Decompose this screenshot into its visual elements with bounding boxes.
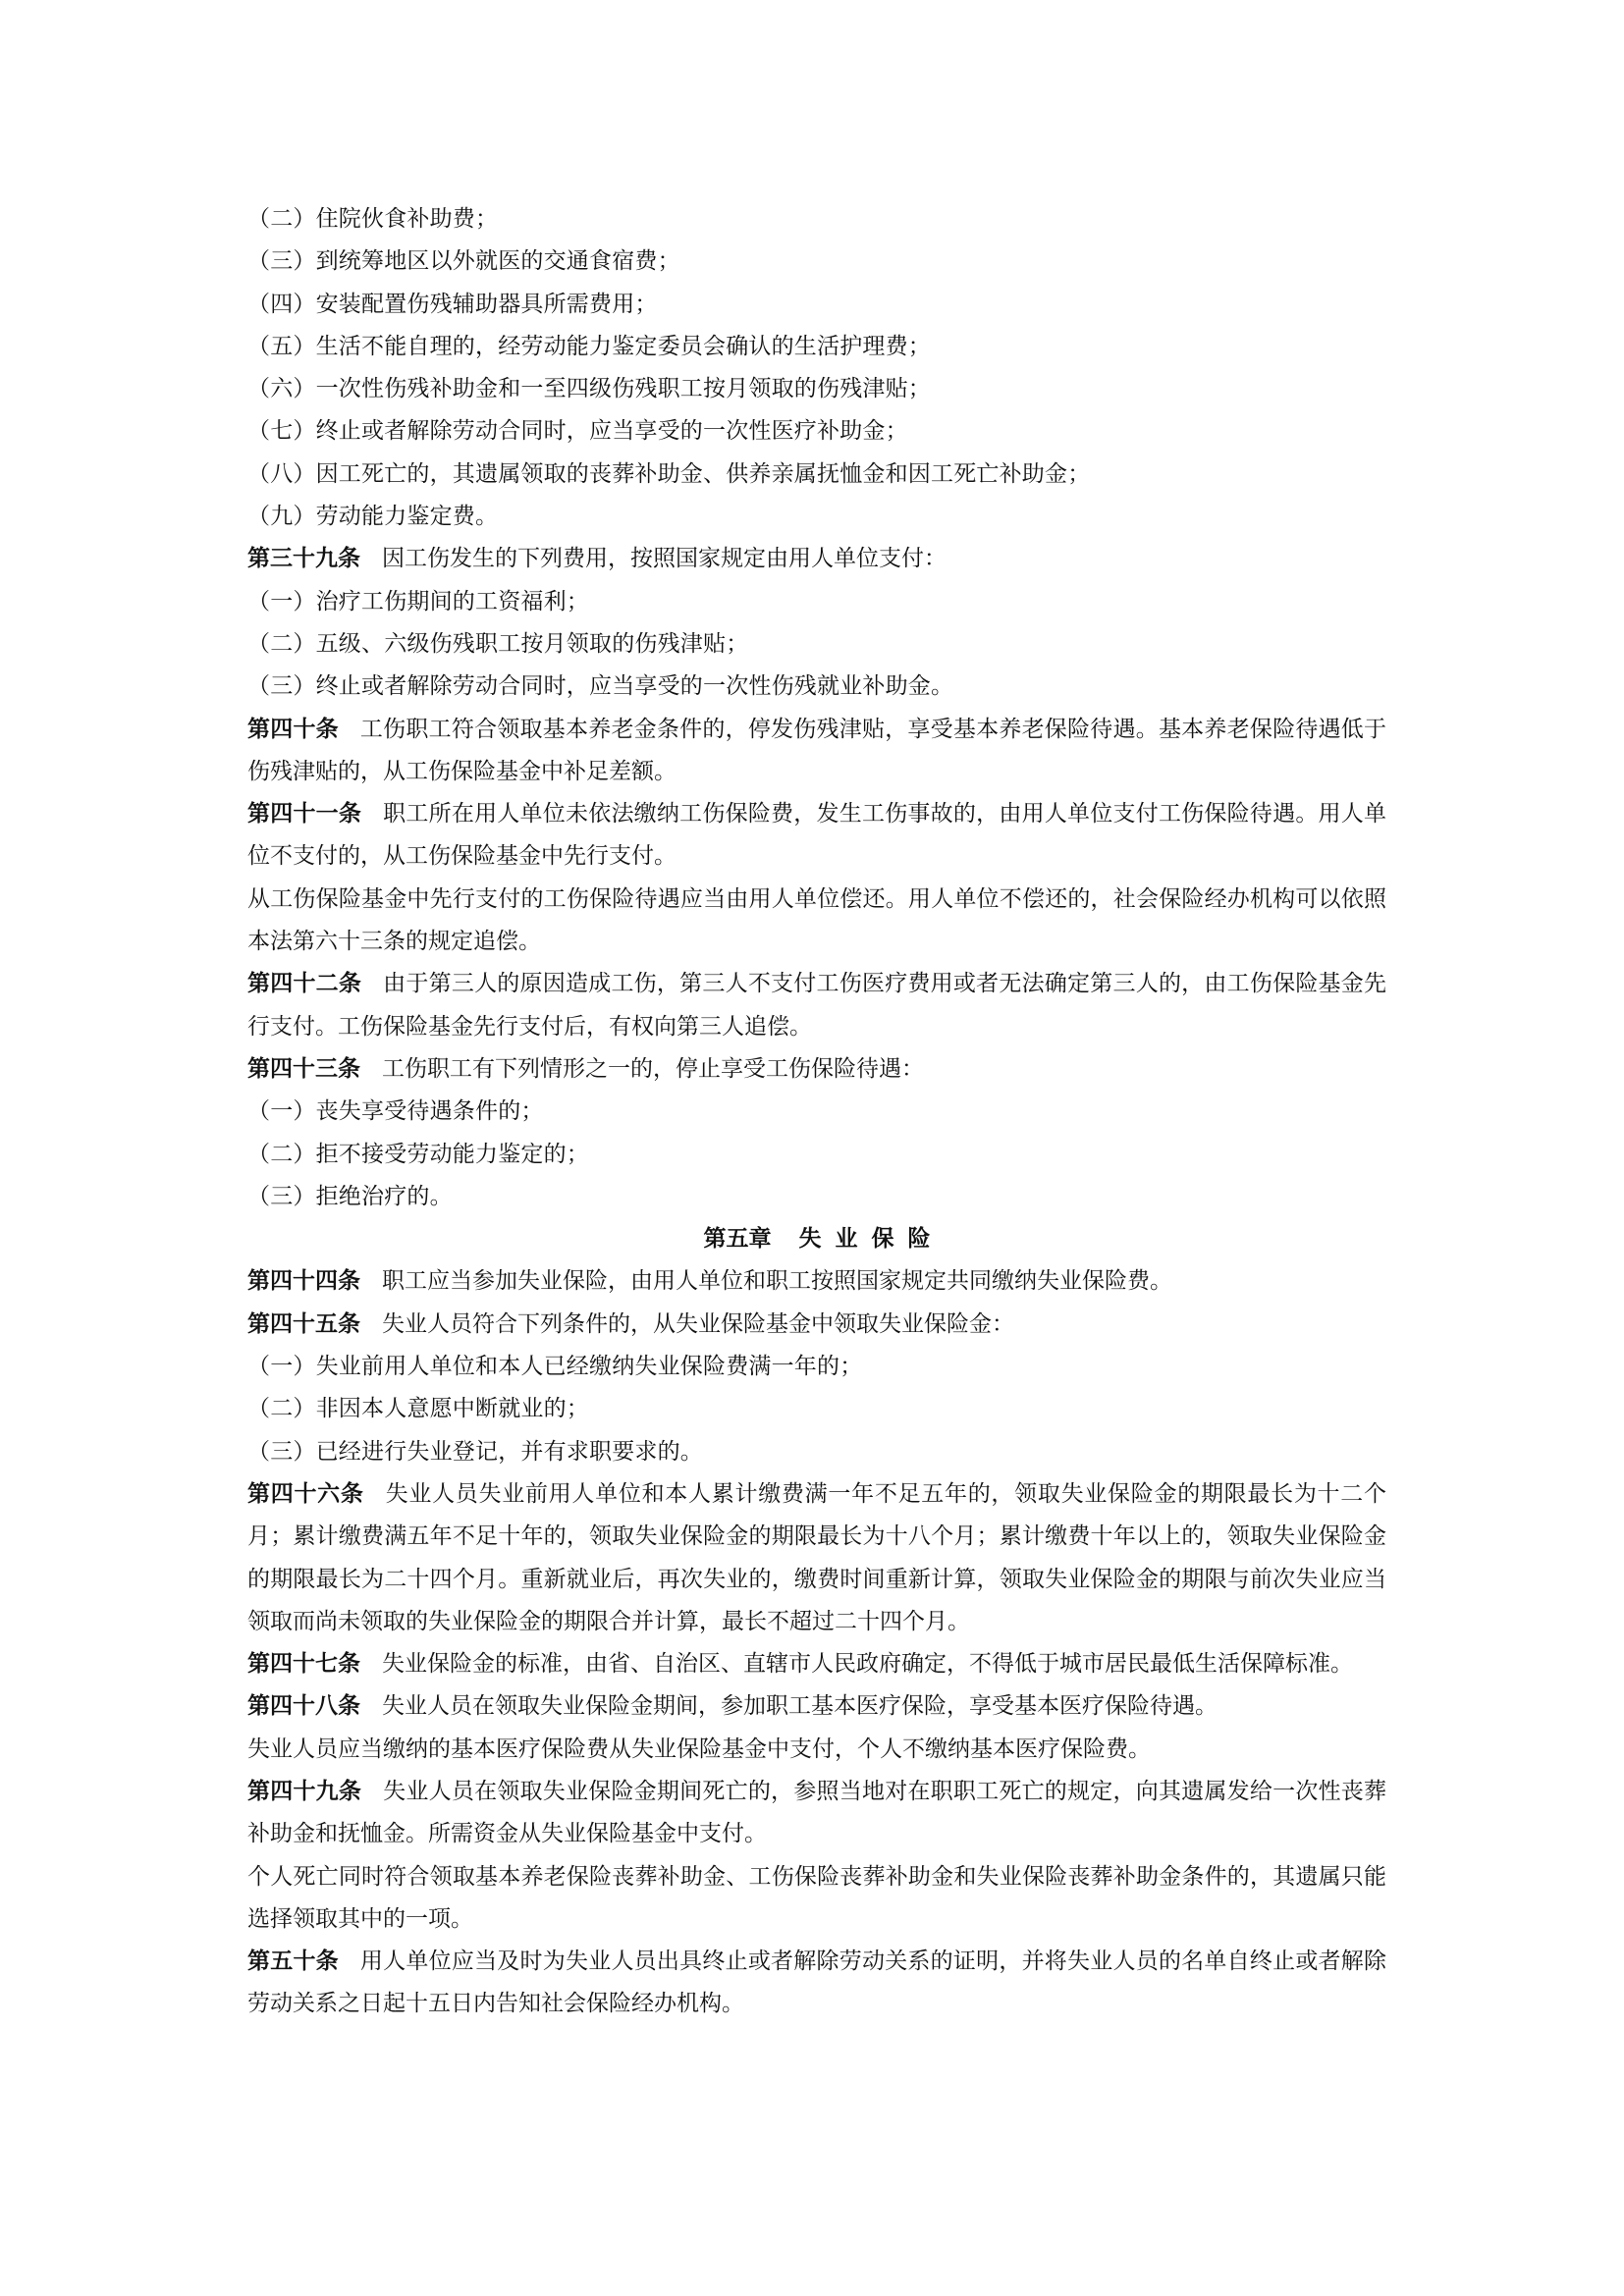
chapter-title-word: 保 [872, 1226, 894, 1252]
list-item: （一）治疗工伤期间的工资福利； [247, 581, 1386, 623]
article-41: 第四十一条职工所在用人单位未依法缴纳工伤保险费，发生工伤事故的，由用人单位支付工… [247, 793, 1386, 879]
article-label: 第四十六条 [247, 1481, 364, 1507]
document-page: （二）住院伙食补助费； （三）到统筹地区以外就医的交通食宿费； （四）安装配置伤… [247, 198, 1386, 2026]
article-label: 第四十二条 [247, 971, 361, 996]
article-text: 职工所在用人单位未依法缴纳工伤保险费，发生工伤事故的，由用人单位支付工伤保险待遇… [247, 801, 1386, 869]
article-label: 第三十九条 [247, 546, 360, 571]
list-item: （三）已经进行失业登记，并有求职要求的。 [247, 1431, 1386, 1473]
article-label: 第四十四条 [247, 1268, 360, 1294]
article-text: 失业人员在领取失业保险金期间死亡的，参照当地对在职职工死亡的规定，向其遗属发给一… [247, 1779, 1386, 1846]
article-label: 第四十三条 [247, 1056, 360, 1082]
article-46: 第四十六条失业人员失业前用人单位和本人累计缴费满一年不足五年的，领取失业保险金的… [247, 1473, 1386, 1643]
list-item: （三）到统筹地区以外就医的交通食宿费； [247, 240, 1386, 283]
article-text: 失业人员失业前用人单位和本人累计缴费满一年不足五年的，领取失业保险金的期限最长为… [247, 1481, 1386, 1634]
article-text: 失业保险金的标准，由省、自治区、直辖市人民政府确定，不得低于城市居民最低生活保障… [382, 1651, 1353, 1677]
article-49: 第四十九条失业人员在领取失业保险金期间死亡的，参照当地对在职职工死亡的规定，向其… [247, 1771, 1386, 1856]
article-label: 第四十七条 [247, 1651, 360, 1677]
article-40: 第四十条工伤职工符合领取基本养老金条件的，停发伤残津贴，享受基本养老保险待遇。基… [247, 709, 1386, 794]
article-45: 第四十五条失业人员符合下列条件的，从失业保险基金中领取失业保险金： [247, 1304, 1386, 1346]
list-item: （二）非因本人意愿中断就业的； [247, 1388, 1386, 1430]
article-text: 失业人员在领取失业保险金期间，参加职工基本医疗保险，享受基本医疗保险待遇。 [382, 1693, 1218, 1719]
list-item: （三）终止或者解除劳动合同时，应当享受的一次性伤残就业补助金。 [247, 666, 1386, 708]
article-label: 第四十一条 [247, 801, 361, 827]
article-label: 第四十条 [247, 717, 339, 742]
article-text: 工伤职工有下列情形之一的，停止享受工伤保险待遇： [382, 1056, 924, 1082]
article-label: 第五十条 [247, 1949, 339, 1974]
article-label: 第四十九条 [247, 1779, 361, 1804]
list-item: （六）一次性伤残补助金和一至四级伤残职工按月领取的伤残津贴； [247, 368, 1386, 410]
article-50: 第五十条用人单位应当及时为失业人员出具终止或者解除劳动关系的证明，并将失业人员的… [247, 1941, 1386, 2026]
article-text: 由于第三人的原因造成工伤，第三人不支付工伤医疗费用或者无法确定第三人的，由工伤保… [247, 971, 1386, 1039]
list-item: （二）住院伙食补助费； [247, 198, 1386, 240]
article-44: 第四十四条职工应当参加失业保险，由用人单位和职工按照国家规定共同缴纳失业保险费。 [247, 1260, 1386, 1303]
article-48: 第四十八条失业人员在领取失业保险金期间，参加职工基本医疗保险，享受基本医疗保险待… [247, 1685, 1386, 1728]
list-item: （一）失业前用人单位和本人已经缴纳失业保险费满一年的； [247, 1346, 1386, 1388]
article-43: 第四十三条工伤职工有下列情形之一的，停止享受工伤保险待遇： [247, 1048, 1386, 1091]
article-label: 第四十八条 [247, 1693, 360, 1719]
article-text: 因工伤发生的下列费用，按照国家规定由用人单位支付： [382, 546, 947, 571]
paragraph: 失业人员应当缴纳的基本医疗保险费从失业保险基金中支付，个人不缴纳基本医疗保险费。 [247, 1729, 1386, 1771]
list-item: （四）安装配置伤残辅助器具所需费用； [247, 284, 1386, 326]
article-text: 工伤职工符合领取基本养老金条件的，停发伤残津贴，享受基本养老保险待遇。基本养老保… [247, 717, 1386, 784]
article-text: 职工应当参加失业保险，由用人单位和职工按照国家规定共同缴纳失业保险费。 [382, 1268, 1172, 1294]
list-item: （七）终止或者解除劳动合同时，应当享受的一次性医疗补助金； [247, 410, 1386, 453]
chapter-title-word: 失 [799, 1226, 822, 1252]
chapter-title: 第五章失业保险 [247, 1218, 1386, 1260]
list-item: （一）丧失享受待遇条件的； [247, 1091, 1386, 1133]
list-item: （九）劳动能力鉴定费。 [247, 496, 1386, 538]
article-42: 第四十二条由于第三人的原因造成工伤，第三人不支付工伤医疗费用或者无法确定第三人的… [247, 963, 1386, 1048]
article-text: 用人单位应当及时为失业人员出具终止或者解除劳动关系的证明，并将失业人员的名单自终… [247, 1949, 1386, 2016]
list-item: （三）拒绝治疗的。 [247, 1176, 1386, 1218]
list-item: （五）生活不能自理的，经劳动能力鉴定委员会确认的生活护理费； [247, 326, 1386, 368]
paragraph: 从工伤保险基金中先行支付的工伤保险待遇应当由用人单位偿还。用人单位不偿还的，社会… [247, 879, 1386, 964]
list-item: （二）拒不接受劳动能力鉴定的； [247, 1134, 1386, 1176]
article-47: 第四十七条失业保险金的标准，由省、自治区、直辖市人民政府确定，不得低于城市居民最… [247, 1643, 1386, 1685]
article-text: 失业人员符合下列条件的，从失业保险基金中领取失业保险金： [382, 1311, 1014, 1337]
chapter-title-word: 险 [908, 1226, 931, 1252]
article-label: 第四十五条 [247, 1311, 360, 1337]
chapter-title-word: 业 [836, 1226, 858, 1252]
list-item: （二）五级、六级伤残职工按月领取的伤残津贴； [247, 623, 1386, 666]
chapter-number: 第五章 [704, 1226, 772, 1252]
list-item: （八）因工死亡的，其遗属领取的丧葬补助金、供养亲属抚恤金和因工死亡补助金； [247, 454, 1386, 496]
paragraph: 个人死亡同时符合领取基本养老保险丧葬补助金、工伤保险丧葬补助金和失业保险丧葬补助… [247, 1856, 1386, 1942]
article-39: 第三十九条因工伤发生的下列费用，按照国家规定由用人单位支付： [247, 538, 1386, 580]
